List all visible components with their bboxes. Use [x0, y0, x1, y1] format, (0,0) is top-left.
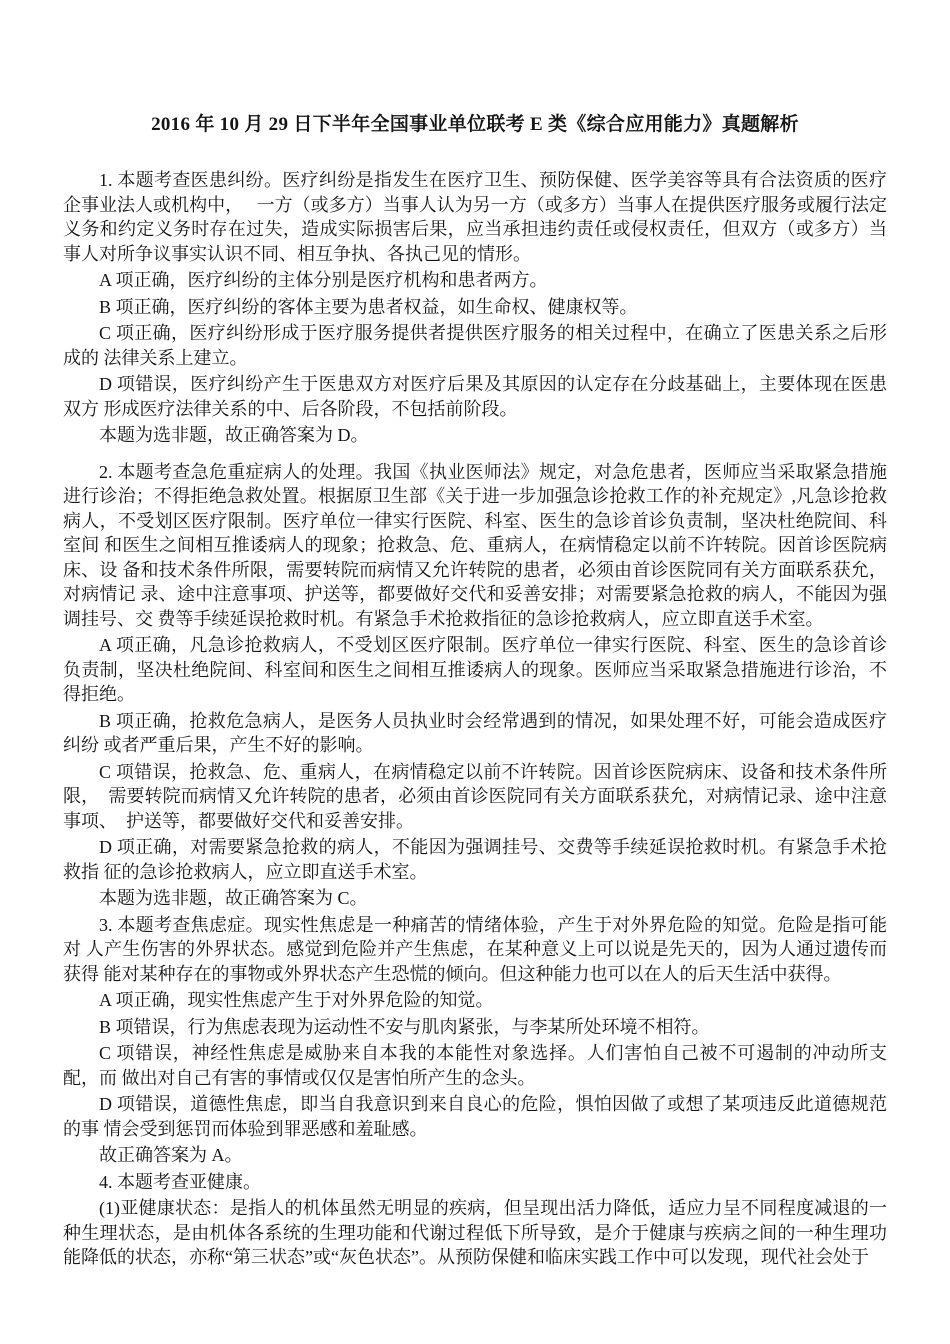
document-title: 2016 年 10 月 29 日下半年全国事业单位联考 E 类《综合应用能力》真…: [63, 112, 887, 138]
q3-option-a-analysis: A 项正确，现实性焦虑产生于对外界危险的知觉。: [63, 988, 887, 1013]
q2-option-d-analysis: D 项正确，对需要紧急抢救的病人，不能因为强调挂号、交费等手续延误抢救时机。有紧…: [63, 835, 887, 884]
q4-subhealth-definition: (1)亚健康状态：是指人的机体虽然无明显的疾病，但呈现出活力降低，适应力呈不同程…: [63, 1196, 887, 1270]
q3-option-d-analysis: D 项错误，道德性焦虑，即当自我意识到来自良心的危险，惧怕因做了或想了某项违反此…: [63, 1092, 887, 1141]
q1-answer: 本题为选非题，故正确答案为 D。: [63, 423, 887, 448]
q1-option-b-analysis: B 项正确，医疗纠纷的客体主要为患者权益，如生命权、健康权等。: [63, 295, 887, 320]
q2-option-b-analysis: B 项正确，抢救危急病人，是医务人员执业时会经常遇到的情况，如果处理不好，可能会…: [63, 709, 887, 758]
q2-analysis: 2. 本题考查急危重症病人的处理。我国《执业医师法》规定，对急危患者，医师应当采…: [63, 460, 887, 632]
q3-option-b-analysis: B 项错误，行为焦虑表现为运动性不安与肌肉紧张，与李某所处环境不相符。: [63, 1015, 887, 1040]
q1-option-d-analysis: D 项错误，医疗纠纷产生于医患双方对医疗后果及其原因的认定存在分歧基础上，主要体…: [63, 372, 887, 421]
q2-option-c-analysis: C 项错误，抢救急、危、重病人，在病情稳定以前不许转院。因首诊医院病床、设备和技…: [63, 760, 887, 834]
q3-analysis: 3. 本题考查焦虑症。现实性焦虑是一种痛苦的情绪体验，产生于对外界危险的知觉。危…: [63, 913, 887, 987]
q3-option-c-analysis: C 项错误，神经性焦虑是威胁来自本我的本能性对象选择。人们害怕自己被不可遏制的冲…: [63, 1041, 887, 1090]
document-body: 1. 本题考查医患纠纷。医疗纠纷是指发生在医疗卫生、预防保健、医学美容等具有合法…: [63, 168, 887, 1270]
q1-analysis: 1. 本题考查医患纠纷。医疗纠纷是指发生在医疗卫生、预防保健、医学美容等具有合法…: [63, 168, 887, 266]
q1-option-a-analysis: A 项正确，医疗纠纷的主体分别是医疗机构和患者两方。: [63, 268, 887, 293]
q4-analysis: 4. 本题考查亚健康。: [63, 1170, 887, 1195]
q1-option-c-analysis: C 项正确，医疗纠纷形成于医疗服务提供者提供医疗服务的相关过程中，在确立了医患关…: [63, 321, 887, 370]
q2-option-a-analysis: A 项正确，凡急诊抢救病人，不受划区医疗限制。医疗单位一律实行医院、科室、医生的…: [63, 633, 887, 707]
q2-answer: 本题为选非题，故正确答案为 C。: [63, 886, 887, 911]
document-page: 2016 年 10 月 29 日下半年全国事业单位联考 E 类《综合应用能力》真…: [0, 0, 950, 1344]
q3-answer: 故正确答案为 A。: [63, 1143, 887, 1168]
